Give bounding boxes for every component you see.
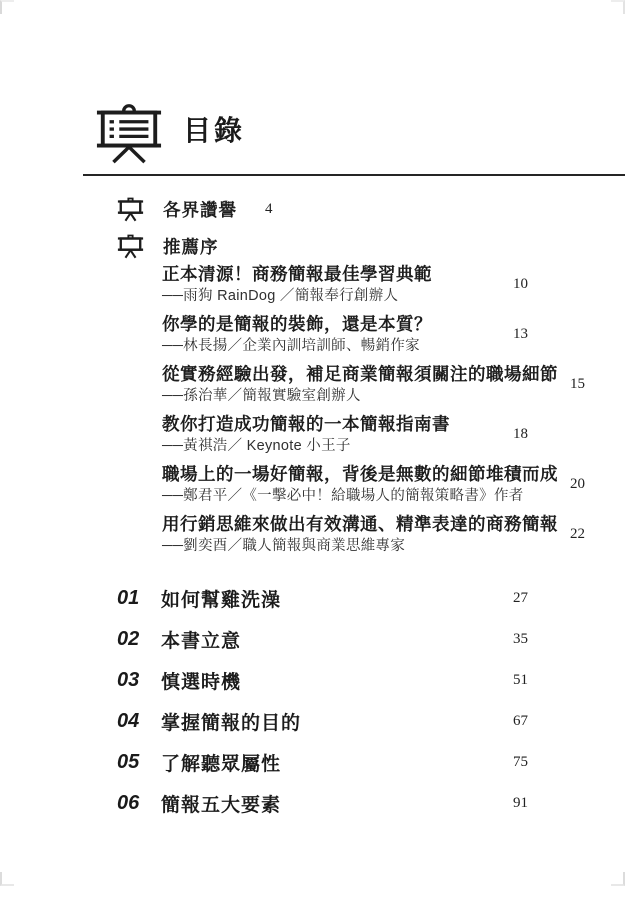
chapter-number: 02 — [117, 628, 161, 651]
preface-author: ──雨狗 RainDog ／簡報奉行創辦人 — [162, 286, 501, 306]
chapter-number: 06 — [117, 792, 161, 815]
preface-text: 你學的是簡報的裝飾，還是本質？ ──林長揚／企業內訓培訓師、暢銷作家 — [162, 313, 501, 356]
chapter-row: 02 本書立意 35 — [117, 619, 528, 660]
chapter-page-number: 27 — [513, 590, 528, 607]
page-title: 目錄 — [183, 109, 245, 149]
preface-entry: 用行銷思維來做出有效溝通、精準表達的商務簡報 ──劉奕酉／職人簡報與商業思維專家… — [162, 513, 528, 556]
scan-corner-mark — [611, 872, 625, 886]
preface-page-number: 20 — [570, 476, 585, 493]
preface-text: 用行銷思維來做出有效溝通、精準表達的商務簡報 ──劉奕酉／職人簡報與商業思維專家 — [162, 513, 558, 556]
preface-author: ──劉奕酉／職人簡報與商業思維專家 — [162, 536, 558, 556]
chapter-title: 慎選時機 — [161, 667, 513, 694]
chapter-number: 03 — [117, 669, 161, 692]
front-matter-label: 各界讚譽 — [163, 197, 237, 222]
chapter-row: 06 簡報五大要素 91 — [117, 783, 528, 824]
chapter-list: 01 如何幫雞洗澡 27 02 本書立意 35 03 慎選時機 51 04 掌握… — [117, 578, 528, 824]
front-matter-label: 推薦序 — [163, 234, 219, 259]
preface-text: 職場上的一場好簡報，背後是無數的細節堆積而成 ──鄭君平／《一擊必中！給職場人的… — [162, 463, 558, 506]
scan-corner-mark — [611, 0, 625, 14]
preface-page-number: 22 — [570, 526, 585, 543]
preface-author: ──林長揚／企業內訓培訓師、暢銷作家 — [162, 336, 501, 356]
toc-page: 目錄 各界讚譽 4 推薦序 — [0, 0, 625, 900]
preface-author: ──黃祺浩／ Keynote 小王子 — [162, 436, 501, 456]
scan-corner-mark — [0, 0, 14, 14]
preface-page-number: 15 — [570, 376, 585, 393]
chapter-title: 了解聽眾屬性 — [161, 749, 513, 776]
chapter-number: 01 — [117, 587, 161, 610]
preface-title: 用行銷思維來做出有效溝通、精準表達的商務簡報 — [162, 513, 558, 536]
preface-entry: 職場上的一場好簡報，背後是無數的細節堆積而成 ──鄭君平／《一擊必中！給職場人的… — [162, 463, 528, 506]
chapter-page-number: 75 — [513, 754, 528, 771]
toc-header: 目錄 — [95, 99, 245, 164]
preface-text: 教你打造成功簡報的一本簡報指南書 ──黃祺浩／ Keynote 小王子 — [162, 413, 501, 456]
chapter-row: 03 慎選時機 51 — [117, 660, 528, 701]
preface-page-number: 10 — [513, 276, 528, 293]
preface-page-number: 18 — [513, 426, 528, 443]
preface-entry: 你學的是簡報的裝飾，還是本質？ ──林長揚／企業內訓培訓師、暢銷作家 13 — [162, 313, 528, 356]
preface-page-number: 13 — [513, 326, 528, 343]
preface-author: ──鄭君平／《一擊必中！給職場人的簡報策略書》作者 — [162, 486, 558, 506]
chapter-title: 如何幫雞洗澡 — [161, 585, 513, 612]
front-matter-row: 各界讚譽 4 — [117, 196, 537, 222]
preface-title: 教你打造成功簡報的一本簡報指南書 — [162, 413, 501, 436]
chapter-title: 簡報五大要素 — [161, 790, 513, 817]
chapter-page-number: 51 — [513, 672, 528, 689]
front-matter-page-number: 4 — [265, 201, 273, 218]
chapter-title: 掌握簡報的目的 — [161, 708, 513, 735]
chapter-row: 01 如何幫雞洗澡 27 — [117, 578, 528, 619]
small-easel-icon — [117, 197, 144, 222]
chapter-number: 05 — [117, 751, 161, 774]
preface-title: 職場上的一場好簡報，背後是無數的細節堆積而成 — [162, 463, 558, 486]
chapter-page-number: 91 — [513, 795, 528, 812]
preface-entry: 正本清源！商務簡報最佳學習典範 ──雨狗 RainDog ／簡報奉行創辦人 10 — [162, 263, 528, 306]
preface-entry: 從實務經驗出發，補足商業簡報須關注的職場細節 ──孫治華／簡報實驗室創辦人 15 — [162, 363, 528, 406]
scan-corner-mark — [0, 872, 14, 886]
preface-title: 從實務經驗出發，補足商業簡報須關注的職場細節 — [162, 363, 558, 386]
chapter-page-number: 35 — [513, 631, 528, 648]
chapter-title: 本書立意 — [161, 626, 513, 653]
header-divider — [83, 174, 625, 176]
preface-title: 正本清源！商務簡報最佳學習典範 — [162, 263, 501, 286]
front-matter-list: 各界讚譽 4 推薦序 — [117, 196, 537, 270]
preface-text: 正本清源！商務簡報最佳學習典範 ──雨狗 RainDog ／簡報奉行創辦人 — [162, 263, 501, 306]
front-matter-row: 推薦序 — [117, 233, 537, 259]
small-easel-icon — [117, 234, 144, 259]
preface-title: 你學的是簡報的裝飾，還是本質？ — [162, 313, 501, 336]
chapter-row: 04 掌握簡報的目的 67 — [117, 701, 528, 742]
preface-entry: 教你打造成功簡報的一本簡報指南書 ──黃祺浩／ Keynote 小王子 18 — [162, 413, 528, 456]
chapter-number: 04 — [117, 710, 161, 733]
preface-author: ──孫治華／簡報實驗室創辦人 — [162, 386, 558, 406]
preface-list: 正本清源！商務簡報最佳學習典範 ──雨狗 RainDog ／簡報奉行創辦人 10… — [162, 263, 528, 563]
chapter-row: 05 了解聽眾屬性 75 — [117, 742, 528, 783]
preface-text: 從實務經驗出發，補足商業簡報須關注的職場細節 ──孫治華／簡報實驗室創辦人 — [162, 363, 558, 406]
chapter-page-number: 67 — [513, 713, 528, 730]
presentation-easel-icon — [95, 99, 163, 164]
